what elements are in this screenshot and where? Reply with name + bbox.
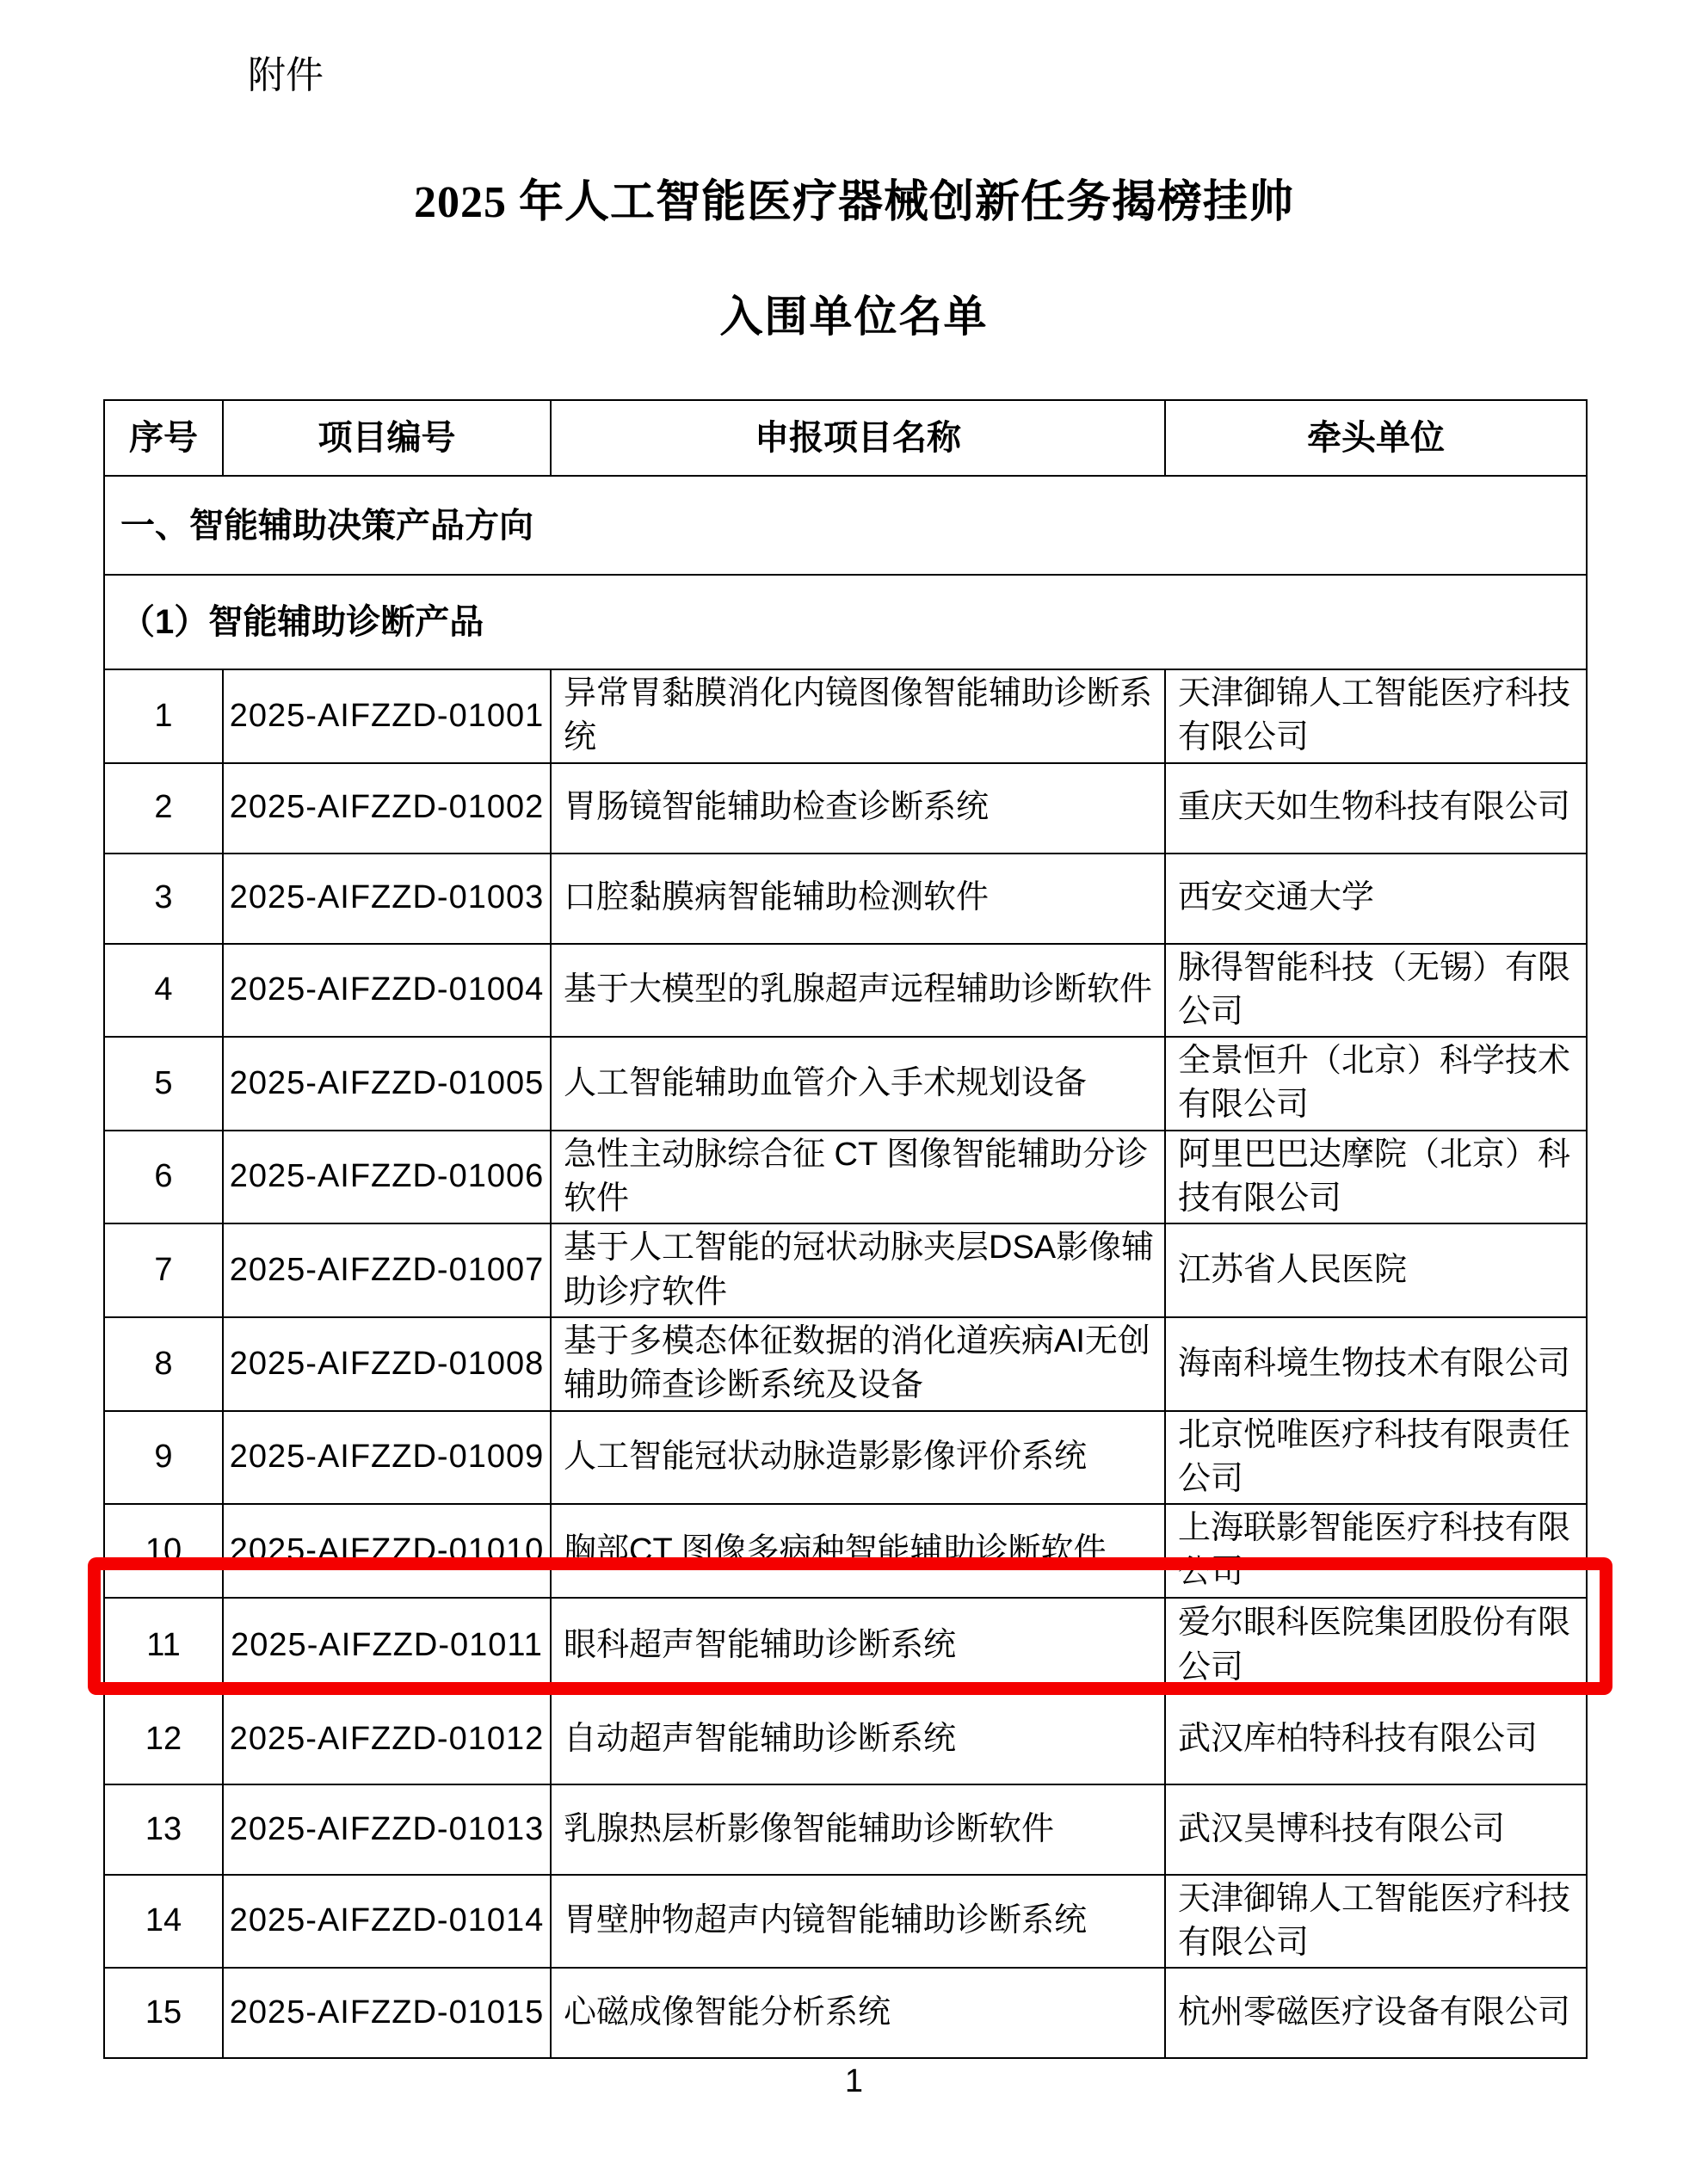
- cell-lead-org: 脉得智能科技（无锡）有限公司: [1165, 944, 1587, 1038]
- cell-project-name: 人工智能冠状动脉造影影像评价系统: [551, 1411, 1165, 1505]
- cell-lead-org: 武汉库柏特科技有限公司: [1165, 1694, 1587, 1784]
- cell-project-code: 2025-AIFZZD-01013: [223, 1784, 551, 1875]
- cell-serial: 13: [104, 1784, 223, 1875]
- header-project-code: 项目编号: [223, 400, 551, 476]
- cell-project-code: 2025-AIFZZD-01011: [223, 1598, 551, 1694]
- table-row: 14 2025-AIFZZD-01014 胃壁肿物超声内镜智能辅助诊断系统 天津…: [104, 1875, 1587, 1969]
- cell-serial: 14: [104, 1875, 223, 1969]
- cell-project-name: 自动超声智能辅助诊断系统: [551, 1694, 1165, 1784]
- shortlist-table: 序号 项目编号 申报项目名称 牵头单位 一、智能辅助决策产品方向 （1）智能辅助…: [103, 399, 1588, 2059]
- header-serial: 序号: [104, 400, 223, 476]
- cell-project-code: 2025-AIFZZD-01005: [223, 1037, 551, 1131]
- table-row: 8 2025-AIFZZD-01008 基于多模态体征数据的消化道疾病AI无创辅…: [104, 1317, 1587, 1411]
- table-row: 1 2025-AIFZZD-01001 异常胃黏膜消化内镜图像智能辅助诊断系统 …: [104, 669, 1587, 763]
- cell-lead-org: 重庆天如生物科技有限公司: [1165, 763, 1587, 854]
- cell-project-code: 2025-AIFZZD-01002: [223, 763, 551, 854]
- cell-lead-org: 北京悦唯医疗科技有限责任公司: [1165, 1411, 1587, 1505]
- cell-project-name: 口腔黏膜病智能辅助检测软件: [551, 854, 1165, 944]
- cell-project-name: 胸部CT 图像多病种智能辅助诊断软件: [551, 1504, 1165, 1598]
- section-label: 一、智能辅助决策产品方向: [104, 476, 1587, 575]
- cell-project-name: 眼科超声智能辅助诊断系统: [551, 1598, 1165, 1694]
- cell-project-name: 基于多模态体征数据的消化道疾病AI无创辅助筛查诊断系统及设备: [551, 1317, 1165, 1411]
- cell-serial: 2: [104, 763, 223, 854]
- cell-project-name: 人工智能辅助血管介入手术规划设备: [551, 1037, 1165, 1131]
- cell-lead-org: 江苏省人民医院: [1165, 1223, 1587, 1317]
- table-row: 2 2025-AIFZZD-01002 胃肠镜智能辅助检查诊断系统 重庆天如生物…: [104, 763, 1587, 854]
- cell-lead-org: 西安交通大学: [1165, 854, 1587, 944]
- cell-lead-org: 天津御锦人工智能医疗科技有限公司: [1165, 669, 1587, 763]
- cell-serial: 7: [104, 1223, 223, 1317]
- cell-serial: 12: [104, 1694, 223, 1784]
- doc-subtitle: 入围单位名单: [0, 282, 1708, 344]
- cell-project-code: 2025-AIFZZD-01003: [223, 854, 551, 944]
- attachment-label: 附件: [248, 53, 324, 99]
- cell-serial: 6: [104, 1131, 223, 1224]
- cell-project-code: 2025-AIFZZD-01001: [223, 669, 551, 763]
- cell-project-code: 2025-AIFZZD-01009: [223, 1411, 551, 1505]
- cell-project-code: 2025-AIFZZD-01015: [223, 1968, 551, 2058]
- cell-project-code: 2025-AIFZZD-01004: [223, 944, 551, 1038]
- table-header-row: 序号 项目编号 申报项目名称 牵头单位: [104, 400, 1587, 476]
- table-row: 4 2025-AIFZZD-01004 基于大模型的乳腺超声远程辅助诊断软件 脉…: [104, 944, 1587, 1038]
- table-row: 15 2025-AIFZZD-01015 心磁成像智能分析系统 杭州零磁医疗设备…: [104, 1968, 1587, 2058]
- cell-serial: 10: [104, 1504, 223, 1598]
- cell-project-code: 2025-AIFZZD-01012: [223, 1694, 551, 1784]
- cell-lead-org: 海南科境生物技术有限公司: [1165, 1317, 1587, 1411]
- cell-lead-org: 武汉昊博科技有限公司: [1165, 1784, 1587, 1875]
- table-row-highlighted: 11 2025-AIFZZD-01011 眼科超声智能辅助诊断系统 爱尔眼科医院…: [104, 1598, 1587, 1694]
- section-row: 一、智能辅助决策产品方向: [104, 476, 1587, 575]
- cell-project-name: 急性主动脉综合征 CT 图像智能辅助分诊软件: [551, 1131, 1165, 1224]
- cell-project-name: 胃肠镜智能辅助检查诊断系统: [551, 763, 1165, 854]
- cell-project-name: 基于大模型的乳腺超声远程辅助诊断软件: [551, 944, 1165, 1038]
- cell-serial: 9: [104, 1411, 223, 1505]
- cell-lead-org: 阿里巴巴达摩院（北京）科技有限公司: [1165, 1131, 1587, 1224]
- cell-serial: 5: [104, 1037, 223, 1131]
- cell-serial: 15: [104, 1968, 223, 2058]
- cell-project-name: 基于人工智能的冠状动脉夹层DSA影像辅助诊疗软件: [551, 1223, 1165, 1317]
- cell-project-code: 2025-AIFZZD-01007: [223, 1223, 551, 1317]
- cell-serial: 4: [104, 944, 223, 1038]
- cell-serial: 11: [104, 1598, 223, 1694]
- cell-project-code: 2025-AIFZZD-01008: [223, 1317, 551, 1411]
- cell-project-name: 乳腺热层析影像智能辅助诊断软件: [551, 1784, 1165, 1875]
- cell-project-code: 2025-AIFZZD-01010: [223, 1504, 551, 1598]
- cell-lead-org: 上海联影智能医疗科技有限公司: [1165, 1504, 1587, 1598]
- cell-project-code: 2025-AIFZZD-01006: [223, 1131, 551, 1224]
- header-project-name: 申报项目名称: [551, 400, 1165, 476]
- cell-serial: 3: [104, 854, 223, 944]
- cell-project-code: 2025-AIFZZD-01014: [223, 1875, 551, 1969]
- table-row: 5 2025-AIFZZD-01005 人工智能辅助血管介入手术规划设备 全景恒…: [104, 1037, 1587, 1131]
- cell-project-name: 异常胃黏膜消化内镜图像智能辅助诊断系统: [551, 669, 1165, 763]
- table-row: 12 2025-AIFZZD-01012 自动超声智能辅助诊断系统 武汉库柏特科…: [104, 1694, 1587, 1784]
- table-row: 3 2025-AIFZZD-01003 口腔黏膜病智能辅助检测软件 西安交通大学: [104, 854, 1587, 944]
- table-row: 7 2025-AIFZZD-01007 基于人工智能的冠状动脉夹层DSA影像辅助…: [104, 1223, 1587, 1317]
- subsection-row: （1）智能辅助诊断产品: [104, 575, 1587, 669]
- cell-lead-org: 天津御锦人工智能医疗科技有限公司: [1165, 1875, 1587, 1969]
- page-number: 1: [0, 2063, 1708, 2100]
- cell-lead-org: 全景恒升（北京）科学技术有限公司: [1165, 1037, 1587, 1131]
- document-page: 附件 2025 年人工智能医疗器械创新任务揭榜挂帅 入围单位名单 序号 项目编号…: [0, 0, 1708, 2157]
- table-row: 13 2025-AIFZZD-01013 乳腺热层析影像智能辅助诊断软件 武汉昊…: [104, 1784, 1587, 1875]
- table-row: 10 2025-AIFZZD-01010 胸部CT 图像多病种智能辅助诊断软件 …: [104, 1504, 1587, 1598]
- header-lead-org: 牵头单位: [1165, 400, 1587, 476]
- cell-serial: 1: [104, 669, 223, 763]
- subsection-label: （1）智能辅助诊断产品: [104, 575, 1587, 669]
- table-row: 6 2025-AIFZZD-01006 急性主动脉综合征 CT 图像智能辅助分诊…: [104, 1131, 1587, 1224]
- cell-project-name: 胃壁肿物超声内镜智能辅助诊断系统: [551, 1875, 1165, 1969]
- cell-lead-org: 杭州零磁医疗设备有限公司: [1165, 1968, 1587, 2058]
- table-row: 9 2025-AIFZZD-01009 人工智能冠状动脉造影影像评价系统 北京悦…: [104, 1411, 1587, 1505]
- cell-project-name: 心磁成像智能分析系统: [551, 1968, 1165, 2058]
- cell-lead-org: 爱尔眼科医院集团股份有限公司: [1165, 1598, 1587, 1694]
- doc-title: 2025 年人工智能医疗器械创新任务揭榜挂帅: [0, 165, 1708, 230]
- cell-serial: 8: [104, 1317, 223, 1411]
